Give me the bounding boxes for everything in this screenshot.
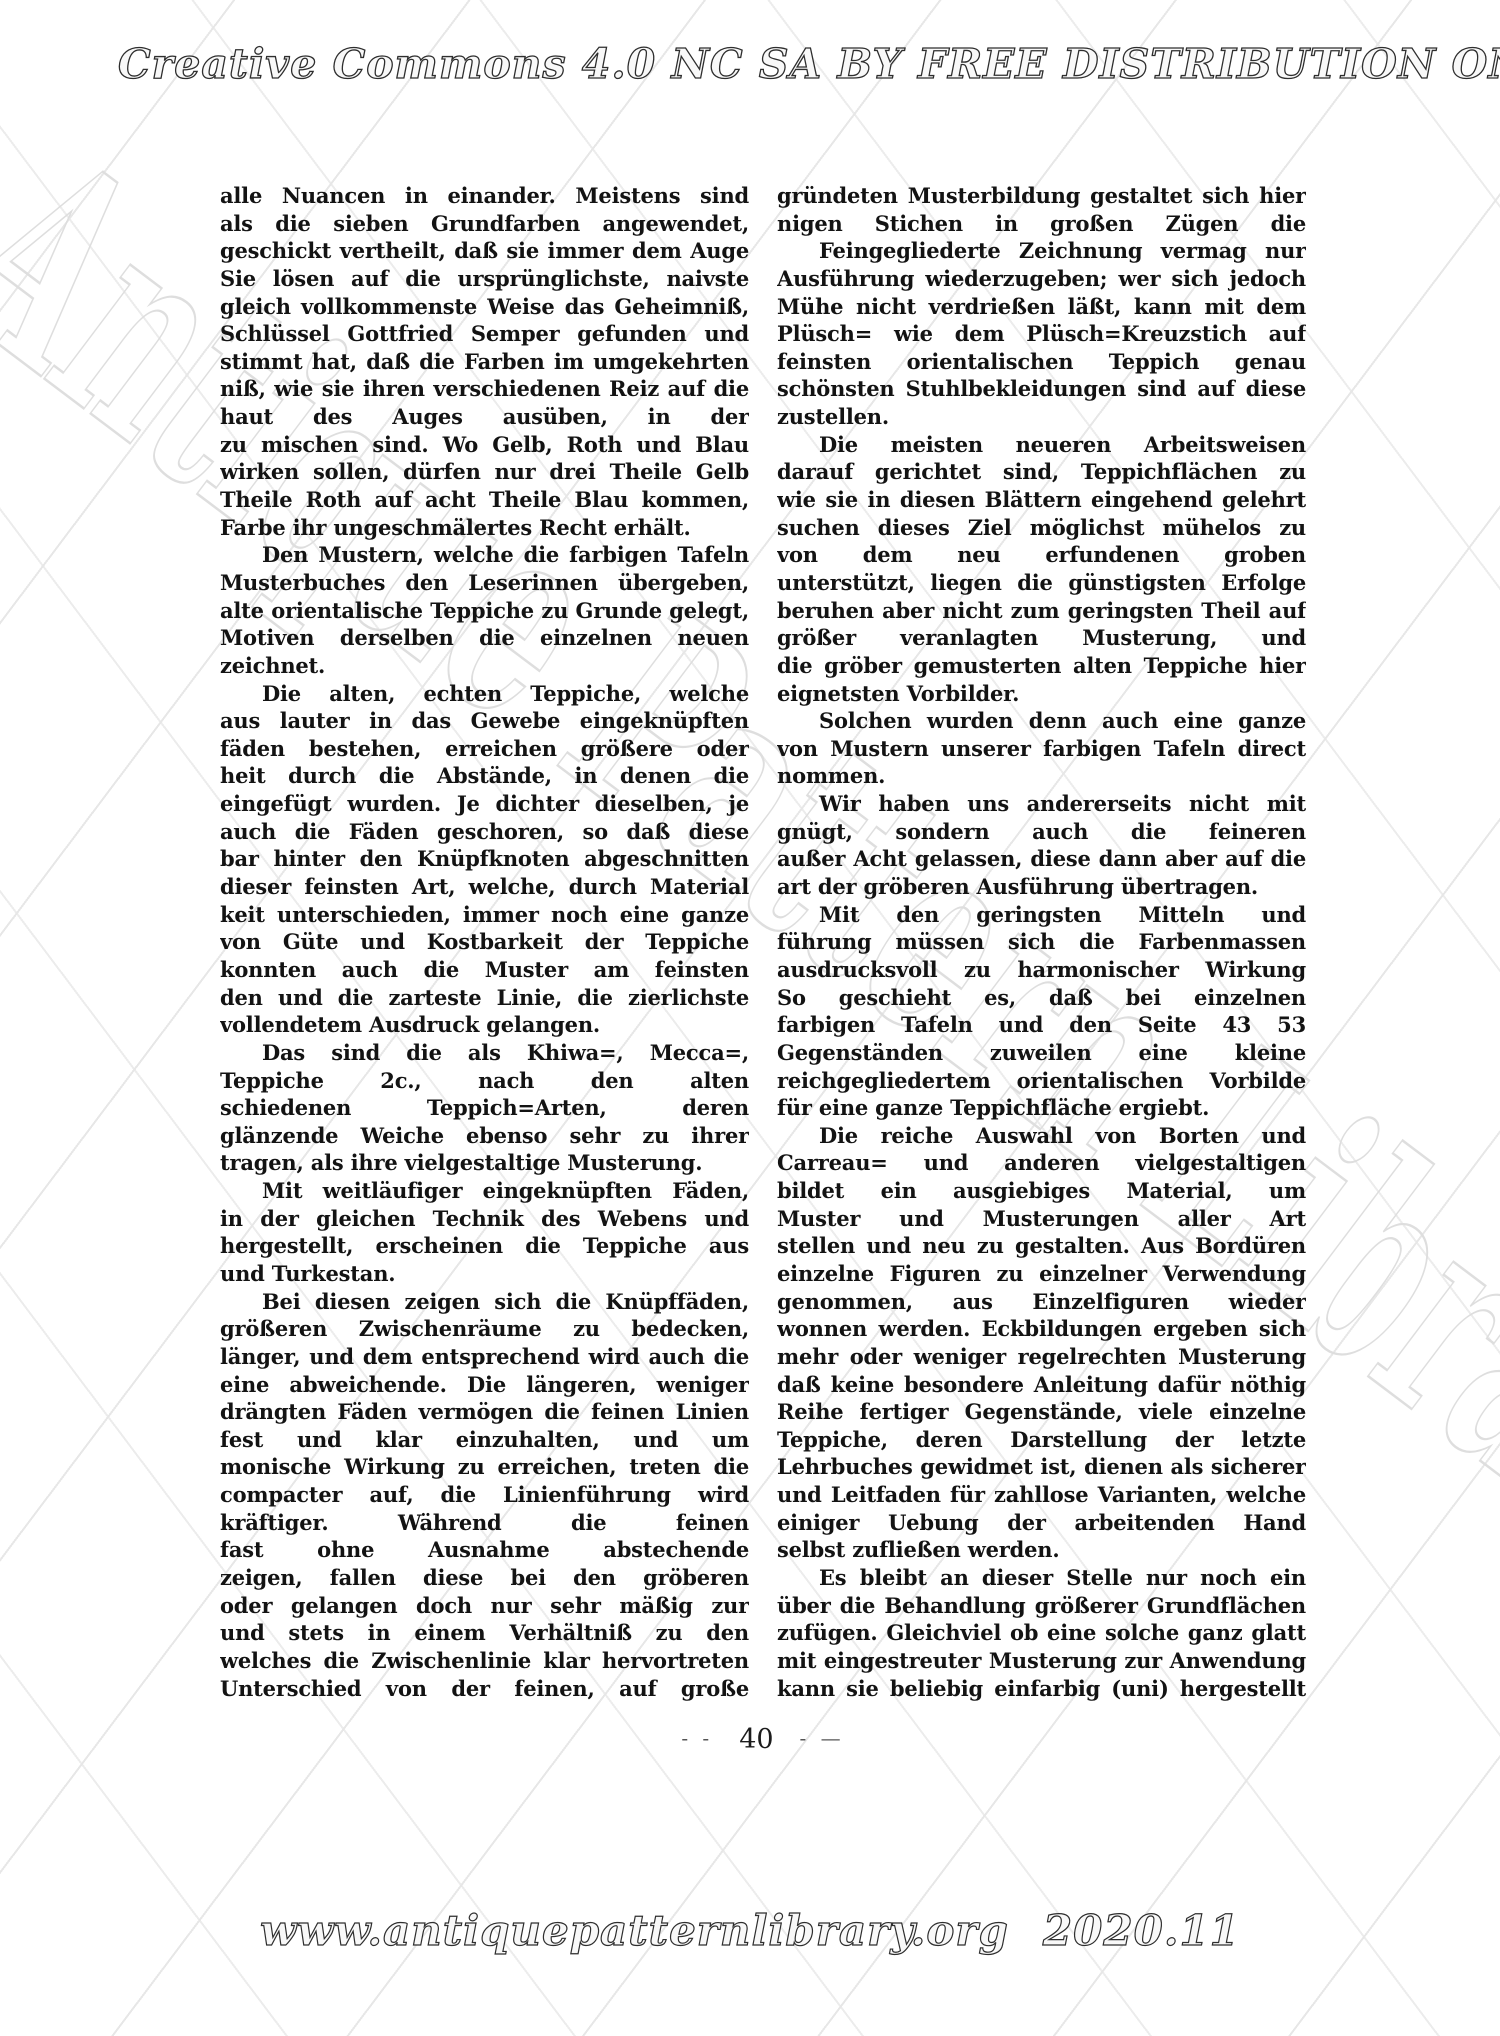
text-line: Das sind die als Khiwa=, Mecca=, Khorass… [220,1039,749,1067]
text-line: Schlüssel Gottfried Semper gefunden und … [220,320,749,348]
text-line: zufügen. Gleichviel ob eine solche ganz … [777,1619,1306,1647]
text-line: und Turkestan. [220,1260,749,1288]
text-line: dieser feinsten Art, welche, durch Mater… [220,873,749,901]
text-line: einzelne Figuren zu einzelner Verwendung… [777,1260,1306,1288]
text-line: art der gröberen Ausführung übertragen. [777,873,1306,901]
text-line: von dem neu erfundenen groben Wollen=Mat… [777,541,1306,569]
page-number: 40 [739,1724,773,1755]
text-line: Ausführung wiederzugeben; wer sich jedoc… [777,265,1306,293]
text-line: wie sie in diesen Blättern eingehend gel… [777,486,1306,514]
text-line: gleich vollkommenste Weise das Geheimniß… [220,293,749,321]
text-line: Gegenständen zuweilen eine kleine Muster… [777,1039,1306,1067]
text-line: Musterbuches den Leserinnen übergeben, w… [220,569,749,597]
text-line: Bei diesen zeigen sich die Knüpffäden, u… [220,1288,749,1316]
text-line: Theile Roth auf acht Theile Blau kommen,… [220,486,749,514]
text-line: den und die zarteste Linie, die zierlich… [220,984,749,1012]
text-line: Unterschied von der feinen, auf große St… [220,1675,749,1703]
text-line: Mit den geringsten Mitteln und einfachst… [777,901,1306,929]
text-line: genommen, aus Einzelfiguren wieder Bordü… [777,1288,1306,1316]
text-line: schönsten Stuhlbekleidungen sind auf die… [777,375,1306,403]
license-header: Creative Commons 4.0 NC SA BY FREE DISTR… [118,40,1500,88]
text-line: darauf gerichtet sind, Teppichflächen zu… [777,458,1306,486]
text-line: konnten auch die Muster am feinsten gegl… [220,956,749,984]
text-line: tragen, als ihre vielgestaltige Musterun… [220,1149,749,1177]
text-line: fest und klar einzuhalten, und um ausdru… [220,1426,749,1454]
text-line: vollendetem Ausdruck gelangen. [220,1011,749,1039]
text-line: Wir haben uns andererseits nicht mit die… [777,790,1306,818]
text-line: Motiven derselben die einzelnen neuen Mu… [220,624,749,652]
text-line: Die alten, echten Teppiche, welche ausna… [220,680,749,708]
text-line: länger, und dem entsprechend wird auch d… [220,1343,749,1371]
text-line: fast ohne Ausnahme abstechende Umrandung… [220,1536,749,1564]
text-line: monische Wirkung zu erreichen, treten di… [220,1453,749,1481]
text-line: bar hinter den Knüpfknoten abgeschnitten… [220,845,749,873]
footer-url: www.antiquepatternlibrary.org [260,1906,1009,1955]
text-line: Die meisten neueren Arbeitsweisen dagege… [777,431,1306,459]
text-line: beruhen aber nicht zum geringsten Theil … [777,597,1306,625]
text-column-left: alle Nuancen in einander. Meistens sind … [220,182,749,1702]
text-line: alte orientalische Teppiche zu Grunde ge… [220,597,749,625]
text-line: geschickt vertheilt, daß sie immer dem A… [220,237,749,265]
text-line: unterstützt, liegen die günstigsten Erfo… [777,569,1306,597]
text-line: keit unterschieden, immer noch eine ganz… [220,901,749,929]
text-line: welches die Zwischenlinie klar hervortre… [220,1647,749,1675]
text-line: in der gleichen Technik des Webens und F… [220,1205,749,1233]
text-line: führung müssen sich die Farbenmassen gef… [777,928,1306,956]
text-line: Sie lösen auf die ursprünglichste, naivs… [220,265,749,293]
text-line: auch die Fäden geschoren, so daß diese z… [220,818,749,846]
text-line: Die reiche Auswahl von Borten und Börtch… [777,1122,1306,1150]
text-line: glänzende Weiche ebenso sehr zu ihrer Sc… [220,1122,749,1150]
text-line: für eine ganze Teppichfläche ergiebt. [777,1094,1306,1122]
text-line: gründeten Musterbildung gestaltet sich h… [777,182,1306,210]
text-line: haut des Auges ausüben, in der Zusammens… [220,403,749,431]
text-line: Mit weitläufiger eingeknüpften Fäden, ab… [220,1177,749,1205]
text-line: größer veranlagten Musterung, und naturg… [777,624,1306,652]
text-line: größeren Zwischenräume zu bedecken, scho… [220,1315,749,1343]
text-line: und Leitfaden für zahllose Varianten, we… [777,1481,1306,1509]
text-line: Den Mustern, welche die farbigen Tafeln … [220,541,749,569]
text-line: aus lauter in das Gewebe eingeknüpften P… [220,707,749,735]
text-line: eine abweichende. Die längeren, weniger … [220,1371,749,1399]
text-line: Teppiche, deren Darstellung der letzte A… [777,1426,1306,1454]
text-line: selbst zufließen werden. [777,1536,1306,1564]
text-line: oder gelangen doch nur sehr mäßig zur An… [220,1592,749,1620]
text-line: hergestellt, erscheinen die Teppiche aus… [220,1232,749,1260]
text-line: Es bleibt an dieser Stelle nur noch ein … [777,1564,1306,1592]
text-line: wirken sollen, dürfen nur drei Theile Ge… [220,458,749,486]
text-line: kräftiger. Während die feinen Teppich=Mu… [220,1509,749,1537]
text-line: compacter auf, die Linienführung wird ei… [220,1481,749,1509]
text-line: suchen dieses Ziel möglichst mühelos zu … [777,514,1306,542]
text-line: von Mustern unserer farbigen Tafeln dire… [777,735,1306,763]
text-line: bildet ein ausgiebiges Material, um selb… [777,1177,1306,1205]
text-line: nigen Stichen in großen Zügen die Muster… [777,210,1306,238]
text-line: außer Acht gelassen, diese dann aber auf… [777,845,1306,873]
text-line: Carreau= und anderen vielgestaltigen Ein… [777,1149,1306,1177]
text-line: Solchen wurden denn auch eine ganze Reih… [777,707,1306,735]
scanned-book-page: { "colors": { "ink": "#131313", "waterma… [0,0,1500,2036]
text-line: Mühe nicht verdrießen läßt, kann mit dem… [777,293,1306,321]
text-line: einiger Uebung der arbeitenden Hand glei… [777,1509,1306,1537]
page-number-dash-left: - - [681,1726,713,1750]
text-line: niß, wie sie ihren verschiedenen Reiz au… [220,375,749,403]
text-line: alle Nuancen in einander. Meistens sind … [220,182,749,210]
text-line: stimmt hat, daß die Farben im umgekehrte… [220,348,749,376]
text-line: mehr oder weniger regelrechten Musterung… [777,1343,1306,1371]
text-line: zu mischen sind. Wo Gelb, Roth und Blau … [220,431,749,459]
text-line: Plüsch= wie dem Plüsch=Kreuzstich auf Ca… [777,320,1306,348]
text-line: über die Behandlung größerer Grundfläche… [777,1592,1306,1620]
footer-edition: 2020.11 [1043,1906,1240,1955]
text-line: wonnen werden. Eckbildungen ergeben sich… [777,1315,1306,1343]
text-line: nommen. [777,762,1306,790]
text-line: kann sie beliebig einfarbig (uni) herges… [777,1675,1306,1703]
text-line: zeigen, fallen diese bei den gröberen Mu… [220,1564,749,1592]
text-line: von Güte und Kostbarkeit der Teppiche re… [220,928,749,956]
page-number-dash-right: - — [800,1726,845,1750]
text-line: ausdrucksvoll zu harmonischer Wirkung ve… [777,956,1306,984]
text-line: feinsten orientalischen Teppich genau na… [777,348,1306,376]
text-line: die gröber gemusterten alten Teppiche hi… [777,652,1306,680]
text-line: Lehrbuches gewidmet ist, dienen als sich… [777,1453,1306,1481]
text-column-right: gründeten Musterbildung gestaltet sich h… [777,182,1306,1702]
text-line: Farbe ihr ungeschmälertes Recht erhält. [220,514,749,542]
text-line: gnügt, sondern auch die feineren Musteru… [777,818,1306,846]
text-line: eignetsten Vorbilder. [777,680,1306,708]
text-line: farbigen Tafeln und den Seite 43 53 darg… [777,1011,1306,1039]
text-line: und stets in einem Verhältniß zu den Far… [220,1619,749,1647]
page-number-row: - -40- — [220,1724,1306,1755]
text-line: fäden bestehen, erreichen größere oder g… [220,735,749,763]
text-line: Teppiche 2c., nach den alten Fabrikation… [220,1067,749,1095]
text-line: zustellen. [777,403,1306,431]
text-line: daß keine besondere Anleitung dafür nöth… [777,1371,1306,1399]
text-line: So geschieht es, daß bei einzelnen Zeich… [777,984,1306,1012]
text-line: mit eingestreuter Musterung zur Anwendun… [777,1647,1306,1675]
text-line: Muster und Musterungen aller Art zusamme… [777,1205,1306,1233]
footer: www.antiquepatternlibrary.org2020.11 [0,1906,1500,1955]
text-line: drängten Fäden vermögen die feinen Linie… [220,1398,749,1426]
text-line: heit durch die Abstände, in denen die Kn… [220,762,749,790]
text-line: zeichnet. [220,652,749,680]
text-line: stellen und neu zu gestalten. Aus Bordür… [777,1232,1306,1260]
text-line: eingefügt wurden. Je dichter dieselben, … [220,790,749,818]
text-line: Reihe fertiger Gegenstände, viele einzel… [777,1398,1306,1426]
text-line: Feingegliederte Zeichnung vermag nur seh… [777,237,1306,265]
page-text-block: alle Nuancen in einander. Meistens sind … [220,182,1306,1702]
text-line: als die sieben Grundfarben angewendet, d… [220,210,749,238]
text-line: schiedenen Teppich=Arten, deren Farbenpr… [220,1094,749,1122]
text-line: reichgegliedertem orientalischen Vorbild… [777,1067,1306,1095]
